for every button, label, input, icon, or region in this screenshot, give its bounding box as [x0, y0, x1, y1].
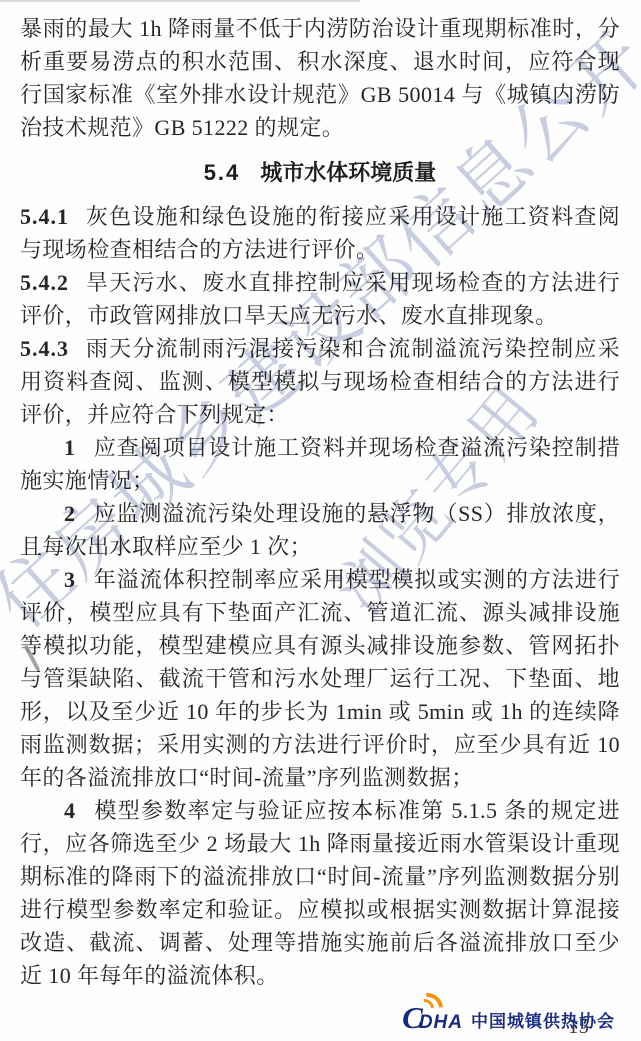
- subclause-number: 1: [64, 435, 75, 460]
- cdha-logo: CDHA 中国城镇供热协会: [402, 999, 615, 1035]
- subclause-text: 模型参数率定与验证应按本标准第 5.1.5 条的规定进行，应各筛选至少 2 场最…: [20, 798, 620, 988]
- page-content: 暴雨的最大 1h 降雨量不低于内涝防治设计重现期标准时，分析重要易涝点的积水范围…: [0, 0, 641, 992]
- clause-text: 灰色设施和绿色设施的衔接应采用设计施工资料查阅与现场检查相结合的方法进行评价。: [20, 204, 620, 262]
- section-number: 5.4: [204, 160, 241, 185]
- clause-5-4-2: 5.4.2旱天污水、废水直排控制应采用现场检查的方法进行评价，市政管网排放口旱天…: [20, 266, 620, 332]
- subclause-text: 年溢流体积控制率应采用模型模拟或实测的方法进行评价，模型应具有下垫面产汇流、管道…: [20, 567, 620, 790]
- clause-text: 雨天分流制雨污混接污染和合流制溢流污染控制应采用资料查阅、监测、模型模拟与现场检…: [20, 336, 620, 427]
- clause-5-4-3: 5.4.3雨天分流制雨污混接污染和合流制溢流污染控制应采用资料查阅、监测、模型模…: [20, 332, 620, 431]
- document-page: 暴雨的最大 1h 降雨量不低于内涝防治设计重现期标准时，分析重要易涝点的积水范围…: [0, 0, 641, 1041]
- clause-number: 5.4.1: [20, 204, 69, 229]
- clause-text: 旱天污水、废水直排控制应采用现场检查的方法进行评价，市政管网排放口旱天应无污水、…: [20, 270, 620, 328]
- section-heading: 5.4城市水体环境质量: [20, 159, 620, 187]
- clause-5-4-1: 5.4.1灰色设施和绿色设施的衔接应采用设计施工资料查阅与现场检查相结合的方法进…: [20, 200, 620, 266]
- logo-org-name: 中国城镇供热协会: [471, 1009, 615, 1035]
- subclause-3: 3年溢流体积控制率应采用模型模拟或实测的方法进行评价，模型应具有下垫面产汇流、管…: [20, 563, 620, 794]
- cdha-logo-mark: CDHA: [402, 1003, 463, 1035]
- subclause-1: 1应查阅项目设计施工资料并现场检查溢流污染控制措施实施情况；: [20, 431, 620, 497]
- subclause-2: 2应监测溢流污染处理设施的悬浮物（SS）排放浓度，且每次出水取样应至少 1 次；: [20, 497, 620, 563]
- subclause-4: 4模型参数率定与验证应按本标准第 5.1.5 条的规定进行，应各筛选至少 2 场…: [20, 794, 620, 992]
- subclause-text: 应查阅项目设计施工资料并现场检查溢流污染控制措施实施情况；: [20, 435, 620, 493]
- clause-number: 5.4.3: [20, 336, 69, 361]
- subclause-number: 3: [64, 567, 75, 592]
- intro-paragraph: 暴雨的最大 1h 降雨量不低于内涝防治设计重现期标准时，分析重要易涝点的积水范围…: [20, 12, 620, 144]
- section-title: 城市水体环境质量: [260, 160, 436, 185]
- page-footer: 15 CDHA 中国城镇供热协会: [0, 993, 641, 1041]
- clause-number: 5.4.2: [20, 270, 69, 295]
- subclause-text: 应监测溢流污染处理设施的悬浮物（SS）排放浓度，且每次出水取样应至少 1 次；: [20, 501, 620, 559]
- subclause-number: 2: [64, 501, 75, 526]
- subclause-number: 4: [64, 798, 75, 823]
